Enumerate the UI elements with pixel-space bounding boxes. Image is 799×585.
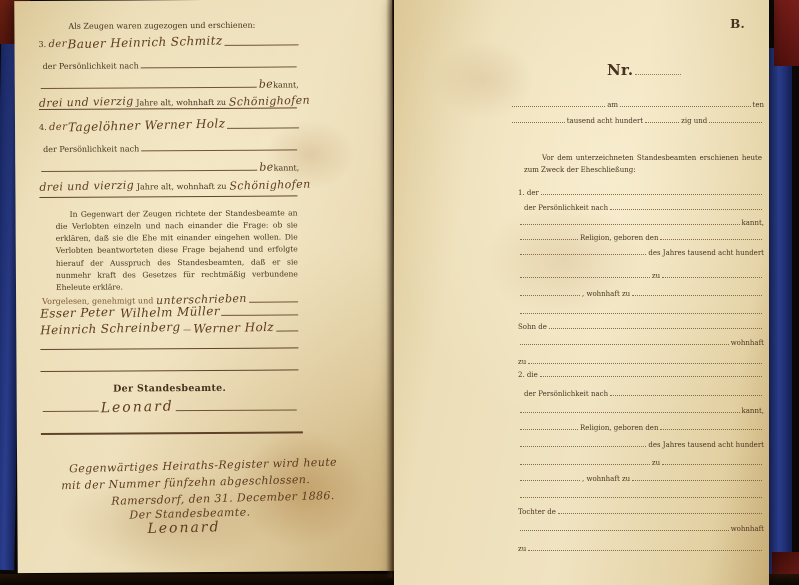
separator-rule <box>39 107 297 110</box>
groom-child-line: Sohn de <box>518 322 764 331</box>
witness4-der-handwritten: der <box>49 122 68 133</box>
witness-intro-label: Als Zeugen waren zugezogen und erschiene… <box>68 22 255 32</box>
closing-note-line-4: Der Standesbeamte. <box>129 508 250 521</box>
right-page: B. Nr. am ten tausend acht hundert zig u… <box>394 0 769 585</box>
ceremony-paragraph: In Gegenwart der Zeugen richtete der Sta… <box>56 207 299 293</box>
closing-note-line-2: mit der Nummer fünfzehn abgeschlossen. <box>61 476 310 490</box>
wohnhaft-zu-label: , wohnhaft zu <box>582 476 630 484</box>
cover-corner-top-right <box>774 0 799 66</box>
witness3-bekannt-prefix-handwritten: be <box>259 78 274 90</box>
form-date-line-2: tausend acht hundert zig und <box>510 116 764 125</box>
witness3-der-handwritten: der <box>49 39 68 50</box>
groom-year-line: des Jahres tausend acht hundert <box>518 248 764 257</box>
witness3-persona-line: der Persönlichkeit nach <box>43 59 299 71</box>
wohnhaft-label: wohnhaft <box>731 526 764 534</box>
book-cover-right-edge <box>768 48 792 585</box>
witness3-residence-handwritten: Schönighofen <box>228 95 310 109</box>
closing-line2-handwritten: mit der Nummer fünfzehn abgeschlossen. <box>61 474 310 492</box>
witness4-bekannt-prefix-handwritten: be <box>259 161 274 173</box>
form-corner-letter: B. <box>730 18 745 31</box>
witness3-number: 3. <box>39 41 47 50</box>
groom-kannt-line: kannt, <box>518 218 764 227</box>
corner-letter-text: B. <box>730 18 745 31</box>
closing-note-line-3: Ramersdorf, den 31. December 1886. <box>111 492 335 505</box>
separator-rule <box>39 195 297 198</box>
witness4-persona-line: der Persönlichkeit nach <box>43 142 299 154</box>
signature-row-2: Heinrich Schreinberg — Werner Holz <box>40 321 300 336</box>
age-label: Jahre alt, wohnhaft zu <box>137 183 227 192</box>
groom-blank-line <box>518 307 764 314</box>
groom-number-line: 1. der <box>518 188 764 197</box>
zig-und-label: zig und <box>681 118 707 126</box>
wohnhaft-label: wohnhaft <box>731 340 764 348</box>
closing-note-signature: Leonard <box>147 521 220 537</box>
religion-label: Religion, geboren den <box>580 425 658 433</box>
groom-wohnhaft-line: wohnhaft <box>518 338 764 347</box>
witness3-bekannt-line: bekannt, <box>39 78 299 92</box>
bride-blank-line <box>518 491 764 498</box>
persona-label: der Persönlichkeit nach <box>524 205 608 213</box>
tochter-de-label: Tochter de <box>518 509 556 517</box>
zu-label: zu <box>652 460 660 468</box>
zu-label: zu <box>518 359 526 367</box>
witness4-name-handwritten: Tagelöhner Werner Holz <box>67 117 225 134</box>
blank-signature-rule <box>40 347 298 350</box>
bride-number-line: 2. die <box>518 370 764 379</box>
zu-label: zu <box>518 546 526 554</box>
groom-zu-line: zu <box>518 271 764 280</box>
kannt-label: kannt, <box>742 408 764 416</box>
bride-number-label: 2. die <box>518 372 538 380</box>
bride-zu-line: zu <box>518 458 764 467</box>
witness4-residence-handwritten: Schönighofen <box>229 179 311 193</box>
closing-signature-handwritten: Leonard <box>147 520 220 537</box>
witness-intro-text: Als Zeugen waren zugezogen und erschiene… <box>68 22 255 32</box>
bekannt-label: kannt, <box>273 81 299 90</box>
groom-religion-line: Religion, geboren den <box>518 233 764 242</box>
witness4-number: 4. <box>39 124 47 133</box>
ten-label: ten <box>753 102 764 110</box>
bride-wohnhaft-line: wohnhaft <box>518 524 764 533</box>
signature-handwritten: Wilhelm Müller <box>120 305 220 321</box>
bride-persona-line: der Persönlichkeit nach <box>524 389 764 398</box>
year-label: des Jahres tausend acht hundert <box>648 250 764 258</box>
witness4-age-handwritten: drei und vierzig <box>39 180 134 194</box>
groom-persona-line: der Persönlichkeit nach <box>524 203 764 212</box>
age-label: Jahre alt, wohnhaft zu <box>136 99 226 108</box>
signature-handwritten: Werner Holz <box>193 321 274 336</box>
bride-religion-line: Religion, geboren den <box>518 423 764 432</box>
bride-wohnhaft-zu-line: , wohnhaft zu <box>518 474 764 483</box>
witness3-name-line: 3. der Bauer Heinrich Schmitz <box>38 35 300 50</box>
witness4-bekannt-line: bekannt, <box>39 161 299 175</box>
zu-label: zu <box>652 273 660 281</box>
year-label: des Jahres tausend acht hundert <box>648 442 764 450</box>
bride-zu2-line: zu <box>518 544 764 553</box>
groom-zu2-line: zu <box>518 357 764 366</box>
registrar-signature-line: Leonard <box>41 399 299 416</box>
persona-label: der Persönlichkeit nach <box>43 62 139 71</box>
persona-label: der Persönlichkeit nach <box>43 145 139 154</box>
bekannt-label: kannt, <box>274 164 300 173</box>
blank-signature-rule <box>41 369 299 372</box>
registrar-heading-text: Der Standesbeamte. <box>113 384 226 395</box>
closing-note-line-1: Gegenwärtiges Heiraths-Register wird heu… <box>69 459 337 473</box>
witness4-age-line: drei und vierzig Jahre alt, wohnhaft zu … <box>39 179 299 193</box>
persona-label: der Persönlichkeit nach <box>524 391 608 399</box>
closing-line3-handwritten: Ramersdorf, den 31. December 1886. <box>111 490 335 508</box>
kannt-label: kannt, <box>742 220 764 228</box>
bride-kannt-line: kannt, <box>518 406 764 415</box>
witness3-name-handwritten: Bauer Heinrich Schmitz <box>67 34 222 51</box>
form-nr-heading: Nr. <box>607 62 683 79</box>
form-date-line-1: am ten <box>510 100 764 109</box>
closing-thick-rule <box>41 431 303 435</box>
sohn-de-label: Sohn de <box>518 324 547 332</box>
registrar-signature-handwritten: Leonard <box>101 399 174 416</box>
form-intro-paragraph: Vor dem unterzeichneten Standesbeamten e… <box>524 152 762 177</box>
am-label: am <box>607 102 618 110</box>
left-page: Als Zeugen waren zugezogen und erschiene… <box>14 0 395 573</box>
witness4-name-line: 4. der Tagelöhner Werner Holz <box>39 118 301 133</box>
signature-row-1: Esser Peter Wilhelm Müller <box>40 305 300 320</box>
wohnhaft-zu-label: , wohnhaft zu <box>582 291 630 299</box>
signature-handwritten: Heinrich Schreinberg <box>40 321 181 338</box>
groom-wohnhaft-zu-line: , wohnhaft zu <box>518 289 764 298</box>
groom-number-label: 1. der <box>518 190 539 198</box>
bride-year-line: des Jahres tausend acht hundert <box>518 440 764 449</box>
tausend-acht-hundert-label: tausend acht hundert <box>567 118 643 126</box>
registrar-heading: Der Standesbeamte. <box>41 383 299 395</box>
nr-label-text: Nr. <box>607 62 633 79</box>
bride-child-line: Tochter de <box>518 507 764 516</box>
signature-handwritten: Esser Peter <box>40 306 115 321</box>
religion-label: Religion, geboren den <box>580 235 658 243</box>
